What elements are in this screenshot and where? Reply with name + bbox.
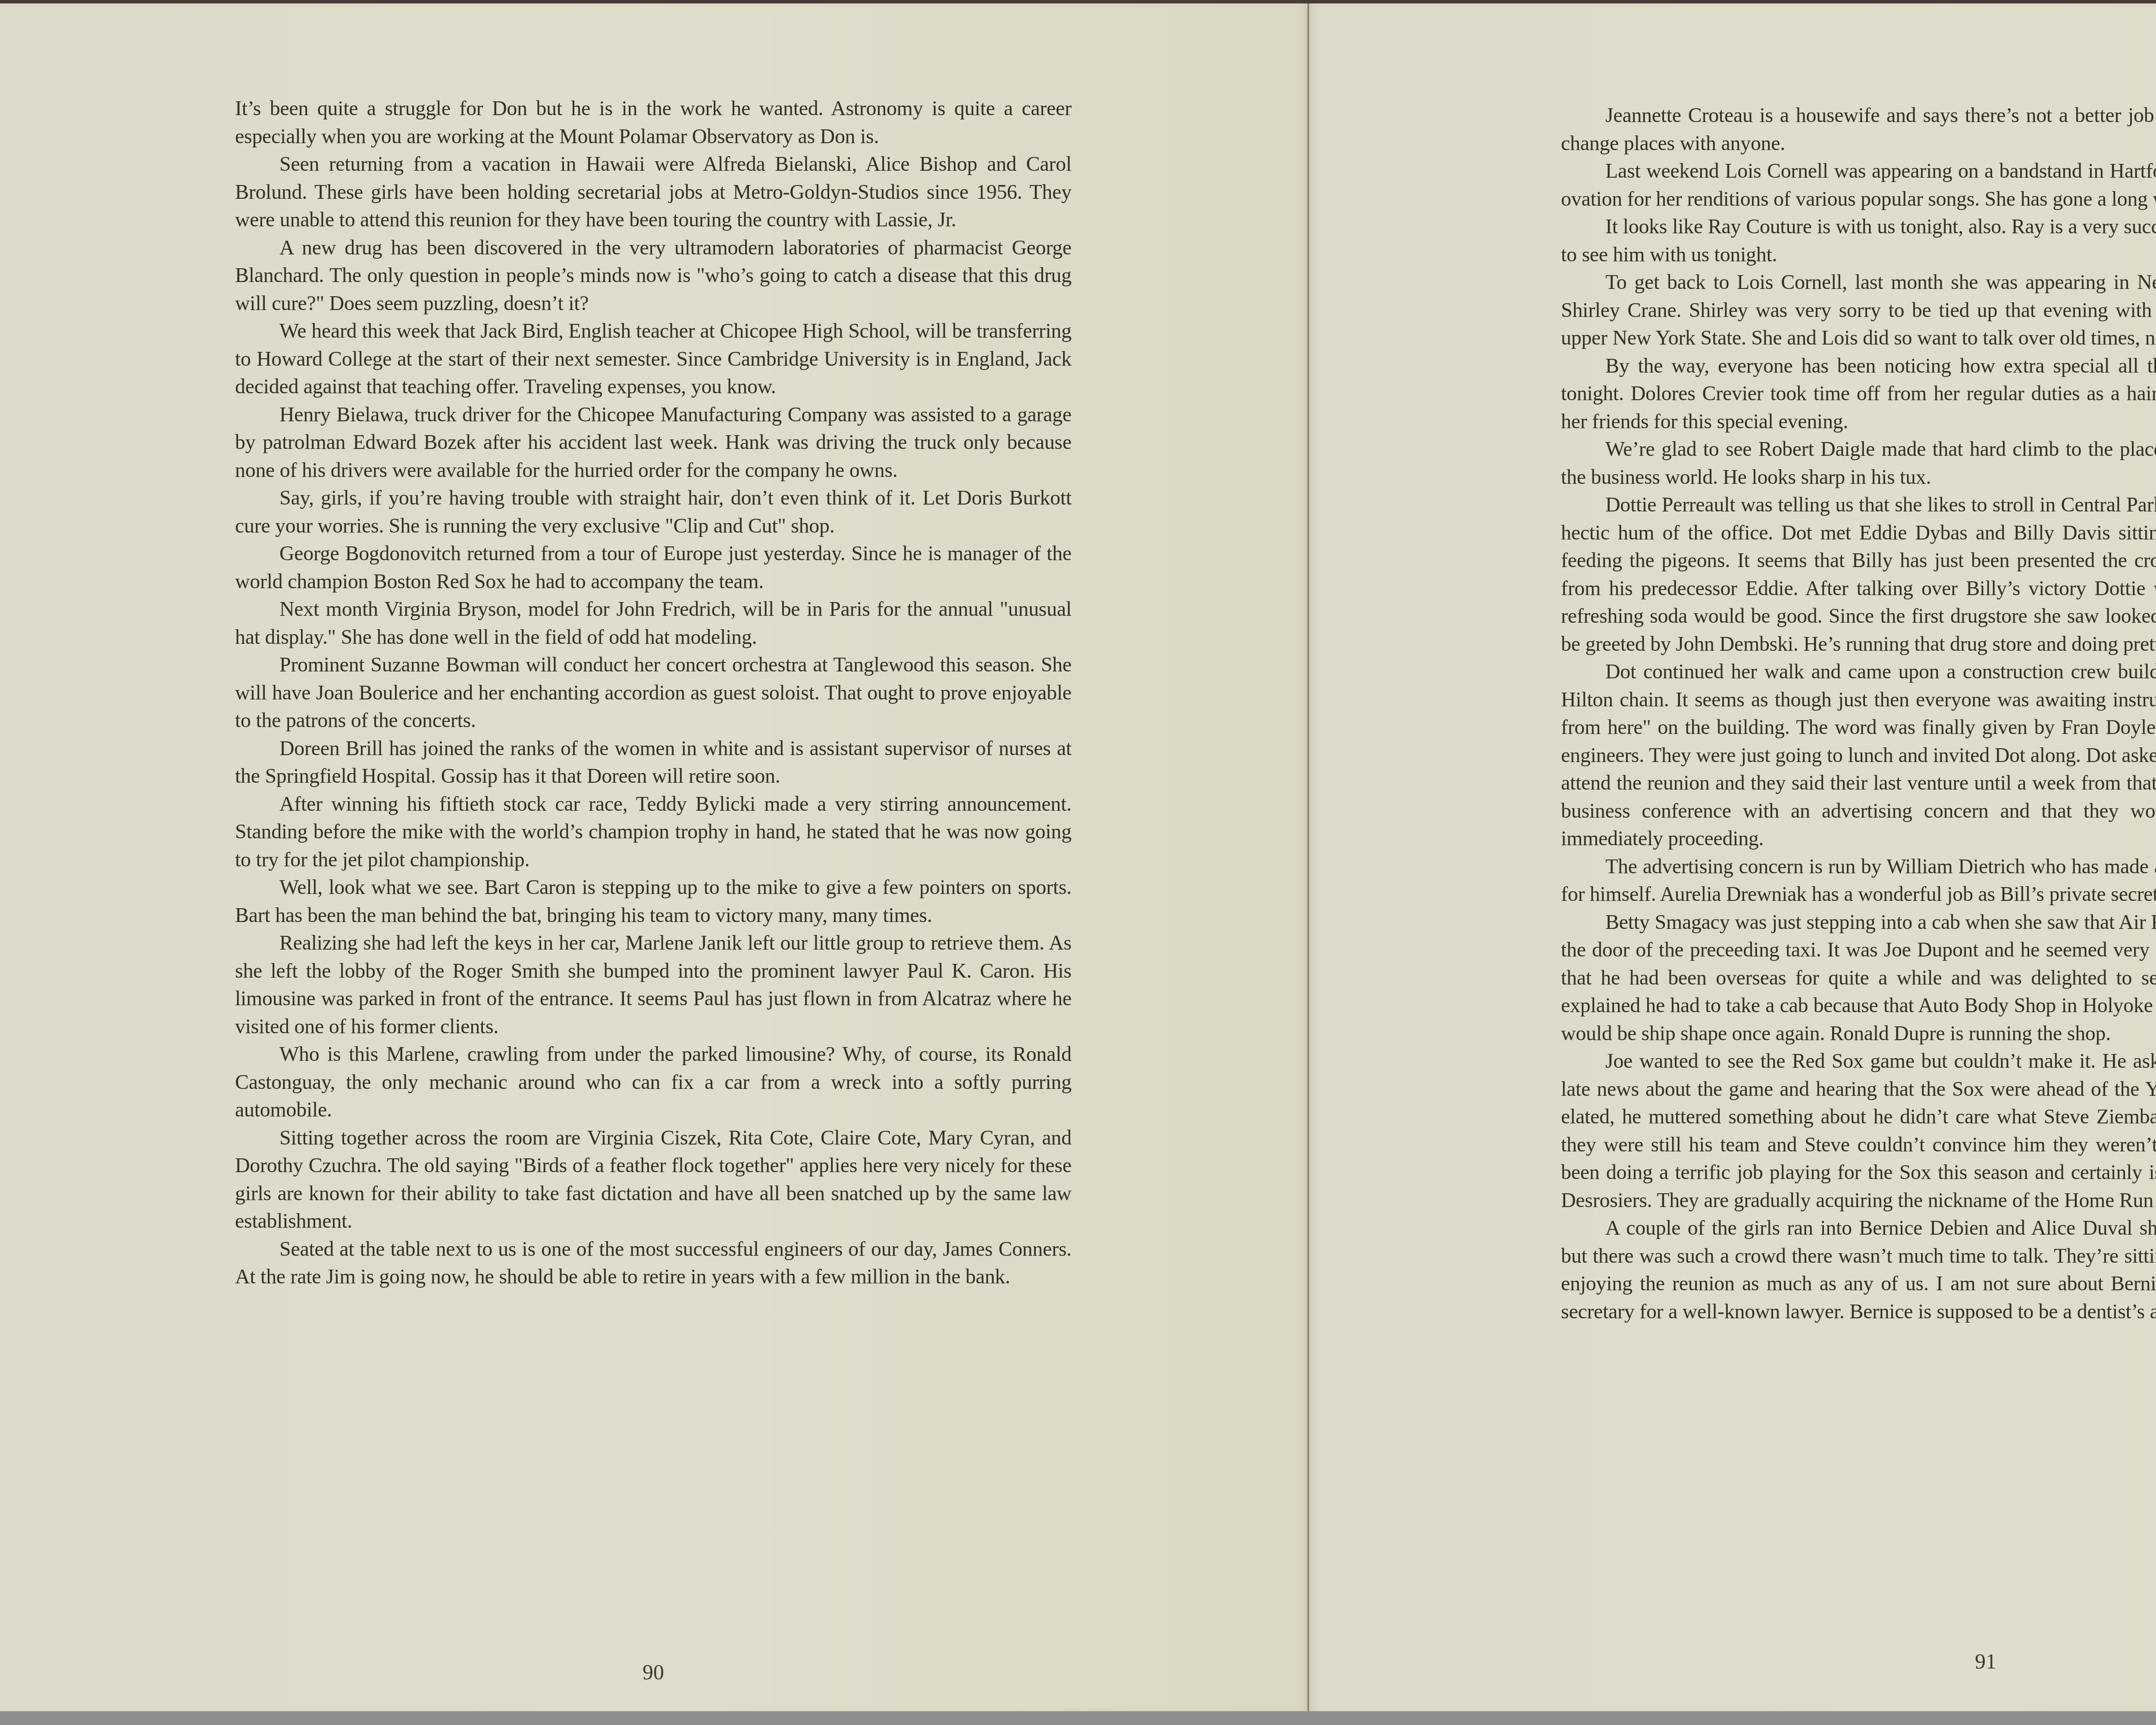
- right-page-body: Jeannette Croteau is a housewife and say…: [1561, 102, 2156, 1326]
- paragraph: Realizing she had left the keys in her c…: [235, 929, 1072, 1041]
- paragraph: Last weekend Lois Cornell was appearing …: [1561, 157, 2156, 213]
- paragraph: Doreen Brill has joined the ranks of the…: [235, 735, 1072, 790]
- paragraph: To get back to Lois Cornell, last month …: [1561, 269, 2156, 352]
- paragraph: After winning his fiftieth stock car rac…: [235, 790, 1072, 874]
- paragraph: Betty Smagacy was just stepping into a c…: [1561, 909, 2156, 1048]
- paragraph: Dot continued her walk and came upon a c…: [1561, 658, 2156, 853]
- paragraph: We heard this week that Jack Bird, Engli…: [235, 317, 1072, 401]
- book-gutter: [1307, 3, 1309, 1711]
- paragraph: It’s been quite a struggle for Don but h…: [235, 95, 1072, 151]
- paragraph: A couple of the girls ran into Bernice D…: [1561, 1214, 2156, 1326]
- paragraph: Seated at the table next to us is one of…: [235, 1236, 1072, 1291]
- paragraph: Seen returning from a vacation in Hawaii…: [235, 151, 1072, 234]
- paragraph: Next month Virginia Bryson, model for Jo…: [235, 596, 1072, 651]
- paragraph: A new drug has been discovered in the ve…: [235, 234, 1072, 318]
- paragraph: Henry Bielawa, truck driver for the Chic…: [235, 401, 1072, 485]
- paragraph: By the way, everyone has been noticing h…: [1561, 352, 2156, 436]
- paragraph: The advertising concern is run by Willia…: [1561, 853, 2156, 909]
- book-spread: It’s been quite a struggle for Don but h…: [0, 3, 2156, 1711]
- paragraph: Sitting together across the room are Vir…: [235, 1124, 1072, 1236]
- paragraph: We’re glad to see Robert Daigle made tha…: [1561, 436, 2156, 491]
- paragraph: Jeannette Croteau is a housewife and say…: [1561, 102, 2156, 157]
- paragraph: Dottie Perreault was telling us that she…: [1561, 491, 2156, 658]
- paragraph: Joe wanted to see the Red Sox game but c…: [1561, 1048, 2156, 1214]
- paragraph: George Bogdonovitch returned from a tour…: [235, 540, 1072, 596]
- page-number: 90: [642, 1659, 664, 1684]
- left-page: It’s been quite a struggle for Don but h…: [0, 3, 1308, 1711]
- paragraph: It looks like Ray Couture is with us ton…: [1561, 213, 2156, 269]
- paragraph: Well, look what we see. Bart Caron is st…: [235, 874, 1072, 929]
- paragraph: Who is this Marlene, crawling from under…: [235, 1041, 1072, 1124]
- page-number: 91: [1975, 1649, 1996, 1674]
- left-page-body: It’s been quite a struggle for Don but h…: [235, 95, 1072, 1291]
- paragraph: Prominent Suzanne Bowman will conduct he…: [235, 651, 1072, 735]
- paragraph: Say, girls, if you’re having trouble wit…: [235, 484, 1072, 540]
